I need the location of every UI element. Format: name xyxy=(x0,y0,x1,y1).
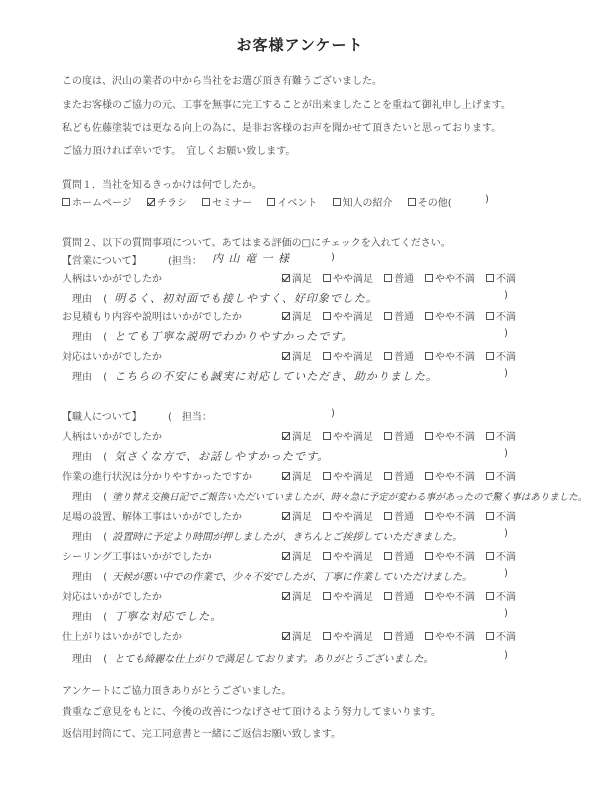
checkbox[interactable] xyxy=(323,592,331,600)
rating-somewhat-dissatisfied[interactable]: やや不満 xyxy=(425,348,475,363)
reason-text[interactable]: 丁寧な対応でした。 xyxy=(114,610,222,623)
checkbox-checked[interactable] xyxy=(282,552,290,560)
rating-label: 普通 xyxy=(394,628,414,643)
rating-satisfied[interactable]: 満足 xyxy=(282,468,312,483)
checkbox-checked[interactable] xyxy=(147,198,155,206)
rating-neutral[interactable]: 普通 xyxy=(384,508,414,523)
checkbox[interactable] xyxy=(425,632,433,640)
rating-somewhat-satisfied[interactable]: やや満足 xyxy=(323,428,373,443)
reason-row: 理由 ( 気さくな方で、お話しやすかったです。 ) xyxy=(72,448,512,464)
checkbox[interactable] xyxy=(486,432,494,440)
rating-neutral[interactable]: 普通 xyxy=(384,348,414,363)
rating-satisfied[interactable]: 満足 xyxy=(282,548,312,563)
reason-close-paren: ) xyxy=(504,650,508,661)
reason-text[interactable]: 天候が悪い中での作業で、少々不安でしたが、丁寧に作業していただけました。 xyxy=(112,572,472,583)
reason-row: 理由 ( 丁寧な対応でした。 ) xyxy=(72,608,512,624)
checkbox[interactable] xyxy=(425,552,433,560)
rating-options: 満足 やや満足 普通 やや不満 不満 xyxy=(282,308,527,323)
rating-label: やや不満 xyxy=(435,428,475,443)
reason-open-paren: ( xyxy=(103,452,107,463)
rating-label: 普通 xyxy=(394,468,414,483)
checkbox[interactable] xyxy=(486,512,494,520)
rating-neutral[interactable]: 普通 xyxy=(384,308,414,323)
option-homepage[interactable]: ホームページ xyxy=(62,194,132,209)
craftsmen-staff-close: ) xyxy=(331,408,335,419)
checkbox[interactable] xyxy=(323,312,331,320)
intro-line: 私ども佐藤塗装では更なる向上の為に、是非お客様のお声を聞かせて頂きたいと思ってお… xyxy=(62,119,501,134)
option-label: チラシ xyxy=(157,194,187,209)
question-text: 人柄はいかがでしたか xyxy=(62,270,162,285)
reason-text[interactable]: 気さくな方で、お話しやすかったです。 xyxy=(114,450,329,463)
reason-row: 理由 ( こちらの不安にも誠実に対応していただき、助かりました。 ) xyxy=(72,368,512,384)
checkbox[interactable] xyxy=(425,312,433,320)
rating-satisfied[interactable]: 満足 xyxy=(282,428,312,443)
checkbox[interactable] xyxy=(384,632,392,640)
rating-label: やや満足 xyxy=(333,428,373,443)
reason-text[interactable]: とても綺麗な仕上がりで満足しております。ありがとうございました。 xyxy=(114,654,433,665)
rating-satisfied[interactable]: 満足 xyxy=(282,308,312,323)
reason-open-paren: ( xyxy=(103,654,107,665)
closing-line: 返信用封筒にて、完工同意書と一緒にご返信お願い致します。 xyxy=(62,725,341,740)
rating-dissatisfied[interactable]: 不満 xyxy=(486,348,516,363)
reason-close-paren: ) xyxy=(504,368,508,379)
checkbox[interactable] xyxy=(384,552,392,560)
rating-dissatisfied[interactable]: 不満 xyxy=(486,308,516,323)
rating-label: 満足 xyxy=(292,588,312,603)
checkbox-checked[interactable] xyxy=(282,472,290,480)
rating-somewhat-satisfied[interactable]: やや満足 xyxy=(323,628,373,643)
reason-row: 理由 ( 塗り替え交換日記でご報告いただいていましたが、時々急に予定が変わる事が… xyxy=(72,488,512,503)
checkbox[interactable] xyxy=(486,312,494,320)
reason-label: 理由 xyxy=(72,612,92,623)
rating-label: 普通 xyxy=(394,428,414,443)
reason-open-paren: ( xyxy=(103,492,107,503)
rating-label: 普通 xyxy=(394,308,414,323)
rating-label: 普通 xyxy=(394,348,414,363)
rating-label: やや不満 xyxy=(435,628,475,643)
question-text: 作業の進行状況は分かりやすかったですか xyxy=(62,468,252,483)
checkbox[interactable] xyxy=(425,352,433,360)
rating-label: 満足 xyxy=(292,270,312,285)
rating-label: 満足 xyxy=(292,308,312,323)
checkbox[interactable] xyxy=(384,592,392,600)
checkbox[interactable] xyxy=(384,274,392,282)
closing-line: 貴重なご意見をもとに、今後の改善につなげさせて頂けるよう努力してまいります。 xyxy=(62,703,441,718)
reason-label: 理由 xyxy=(72,492,92,503)
reason-open-paren: ( xyxy=(103,612,107,623)
rating-satisfied[interactable]: 満足 xyxy=(282,270,312,285)
rating-label: やや不満 xyxy=(435,270,475,285)
rating-label: やや不満 xyxy=(435,548,475,563)
closing-line: アンケートにご協力頂きありがとうございました。 xyxy=(62,682,291,697)
option-label: その他( xyxy=(418,194,452,209)
rating-label: 普通 xyxy=(394,508,414,523)
checkbox[interactable] xyxy=(425,592,433,600)
rating-label: 満足 xyxy=(292,428,312,443)
rating-options: 満足 やや満足 普通 やや不満 不満 xyxy=(282,270,527,285)
reason-row: 理由 ( 天候が悪い中での作業で、少々不安でしたが、丁寧に作業していただけました… xyxy=(72,568,512,583)
checkbox-checked[interactable] xyxy=(282,512,290,520)
checkbox[interactable] xyxy=(323,552,331,560)
page-title: お客様アンケート xyxy=(0,34,600,55)
rating-somewhat-dissatisfied[interactable]: やや不満 xyxy=(425,588,475,603)
rating-somewhat-dissatisfied[interactable]: やや不満 xyxy=(425,508,475,523)
rating-neutral[interactable]: 普通 xyxy=(384,468,414,483)
rating-somewhat-dissatisfied[interactable]: やや不満 xyxy=(425,548,475,563)
rating-dissatisfied[interactable]: 不満 xyxy=(486,628,516,643)
checkbox-checked[interactable] xyxy=(282,312,290,320)
question-text: 対応はいかがでしたか xyxy=(62,348,162,363)
rating-somewhat-satisfied[interactable]: やや満足 xyxy=(323,508,373,523)
rating-somewhat-satisfied[interactable]: やや満足 xyxy=(323,308,373,323)
reason-label: 理由 xyxy=(72,452,92,463)
rating-neutral[interactable]: 普通 xyxy=(384,428,414,443)
rating-label: やや不満 xyxy=(435,308,475,323)
reason-open-paren: ( xyxy=(103,572,107,583)
rating-options: 満足 やや満足 普通 やや不満 不満 xyxy=(282,548,527,563)
rating-neutral[interactable]: 普通 xyxy=(384,548,414,563)
option-event[interactable]: イベント xyxy=(267,194,317,209)
rating-label: 不満 xyxy=(496,428,516,443)
rating-label: 満足 xyxy=(292,348,312,363)
checkbox[interactable] xyxy=(384,352,392,360)
reason-text[interactable]: 明るく、初対面でも接しやすく、好印象でした。 xyxy=(114,292,378,305)
reason-close-paren: ) xyxy=(504,328,508,339)
checkbox[interactable] xyxy=(384,432,392,440)
question1-label: 質問１．当社を知るきっかけは何でしたか。 xyxy=(62,176,262,191)
reason-text[interactable]: とても丁寧な説明でわかりやすかったです。 xyxy=(114,330,353,343)
checkbox[interactable] xyxy=(267,198,275,206)
checkbox-checked[interactable] xyxy=(282,632,290,640)
checkbox-checked[interactable] xyxy=(282,274,290,282)
checkbox[interactable] xyxy=(323,632,331,640)
craftsmen-heading: 【職人について】 xyxy=(62,408,142,423)
question-text: シーリング工事はいかがでしたか xyxy=(62,548,212,563)
rating-label: 満足 xyxy=(292,508,312,523)
reason-close-paren: ) xyxy=(504,448,508,459)
reason-label: 理由 xyxy=(72,654,92,665)
rating-options: 満足 やや満足 普通 やや不満 不満 xyxy=(282,508,527,523)
rating-neutral[interactable]: 普通 xyxy=(384,588,414,603)
checkbox[interactable] xyxy=(323,472,331,480)
rating-options: 満足 やや満足 普通 やや不満 不満 xyxy=(282,348,527,363)
reason-row: 理由 ( 明るく、初対面でも接しやすく、好印象でした。 ) xyxy=(72,290,512,306)
checkbox[interactable] xyxy=(486,472,494,480)
rating-dissatisfied[interactable]: 不満 xyxy=(486,508,516,523)
reason-text[interactable]: 塗り替え交換日記でご報告いただいていましたが、時々急に予定が変わる事があったので… xyxy=(112,492,587,503)
rating-label: やや満足 xyxy=(333,628,373,643)
checkbox[interactable] xyxy=(323,274,331,282)
checkbox[interactable] xyxy=(425,512,433,520)
rating-satisfied[interactable]: 満足 xyxy=(282,348,312,363)
checkbox[interactable] xyxy=(486,552,494,560)
checkbox-checked[interactable] xyxy=(282,592,290,600)
reason-label: 理由 xyxy=(72,294,92,305)
rating-somewhat-satisfied[interactable]: やや満足 xyxy=(323,348,373,363)
rating-dissatisfied[interactable]: 不満 xyxy=(486,428,516,443)
reason-open-paren: ( xyxy=(103,332,107,343)
rating-dissatisfied[interactable]: 不満 xyxy=(486,270,516,285)
option-label: ホームページ xyxy=(72,194,132,209)
reason-label: 理由 xyxy=(72,532,92,543)
other-close-paren: ) xyxy=(485,194,489,205)
rating-label: 満足 xyxy=(292,468,312,483)
reason-close-paren: ) xyxy=(504,568,508,579)
checkbox[interactable] xyxy=(384,472,392,480)
rating-label: 不満 xyxy=(496,508,516,523)
rating-neutral[interactable]: 普通 xyxy=(384,270,414,285)
question-text: 対応はいかがでしたか xyxy=(62,588,162,603)
rating-satisfied[interactable]: 満足 xyxy=(282,588,312,603)
rating-label: 不満 xyxy=(496,588,516,603)
question2-label: 質問２、以下の質問事項について、あてはまる評価の□にチェックを入れてください。 xyxy=(62,234,451,249)
checkbox[interactable] xyxy=(425,432,433,440)
checkbox[interactable] xyxy=(486,352,494,360)
checkbox[interactable] xyxy=(425,274,433,282)
option-label: イベント xyxy=(277,194,317,209)
rating-label: やや満足 xyxy=(333,588,373,603)
rating-options: 満足 やや満足 普通 やや不満 不満 xyxy=(282,468,527,483)
rating-label: 不満 xyxy=(496,348,516,363)
intro-line: またお客様のご協力の元、工事を無事に完工することが出来ましたことを重ねて御礼申し… xyxy=(62,96,511,111)
checkbox[interactable] xyxy=(62,198,70,206)
checkbox[interactable] xyxy=(408,198,416,206)
reason-row: 理由 ( とても綺麗な仕上がりで満足しております。ありがとうございました。 ) xyxy=(72,650,512,665)
rating-label: 不満 xyxy=(496,270,516,285)
question-text: 人柄はいかがでしたか xyxy=(62,428,162,443)
checkbox[interactable] xyxy=(333,198,341,206)
rating-label: 満足 xyxy=(292,548,312,563)
rating-options: 満足 やや満足 普通 やや不満 不満 xyxy=(282,628,527,643)
rating-somewhat-satisfied[interactable]: やや満足 xyxy=(323,588,373,603)
reason-row: 理由 ( 設置時に予定より時間が押しましたが、きちんとご挨拶していただきました。… xyxy=(72,528,512,543)
sales-staff-name[interactable]: 内 山 竜 一 様 xyxy=(212,250,290,266)
rating-label: 不満 xyxy=(496,548,516,563)
reason-open-paren: ( xyxy=(103,532,107,543)
rating-label: 不満 xyxy=(496,468,516,483)
reason-row: 理由 ( とても丁寧な説明でわかりやすかったです。 ) xyxy=(72,328,512,344)
option-label: 知人の紹介 xyxy=(343,194,393,209)
rating-options: 満足 やや満足 普通 やや不満 不満 xyxy=(282,588,527,603)
question-text: 仕上がりはいかがでしたか xyxy=(62,628,182,643)
question-text: 足場の設置、解体工事はいかがでしたか xyxy=(62,508,242,523)
checkbox[interactable] xyxy=(486,274,494,282)
rating-somewhat-satisfied[interactable]: やや満足 xyxy=(323,548,373,563)
rating-label: やや不満 xyxy=(435,468,475,483)
rating-somewhat-dissatisfied[interactable]: やや不満 xyxy=(425,428,475,443)
rating-label: 不満 xyxy=(496,628,516,643)
intro-line: ご協力頂ければ幸いです。 宜しくお願い致します。 xyxy=(62,142,295,157)
reason-label: 理由 xyxy=(72,572,92,583)
rating-label: やや満足 xyxy=(333,270,373,285)
option-flyer[interactable]: チラシ xyxy=(147,194,187,209)
rating-label: やや不満 xyxy=(435,348,475,363)
checkbox-checked[interactable] xyxy=(282,352,290,360)
rating-dissatisfied[interactable]: 不満 xyxy=(486,548,516,563)
checkbox-checked[interactable] xyxy=(282,432,290,440)
rating-somewhat-dissatisfied[interactable]: やや不満 xyxy=(425,308,475,323)
rating-label: やや不満 xyxy=(435,508,475,523)
rating-label: やや満足 xyxy=(333,548,373,563)
rating-somewhat-dissatisfied[interactable]: やや不満 xyxy=(425,270,475,285)
rating-label: 普通 xyxy=(394,270,414,285)
sales-staff-close: ) xyxy=(331,252,335,263)
option-seminar[interactable]: セミナー xyxy=(202,194,252,209)
sales-staff-label: (担当： xyxy=(168,252,202,267)
checkbox[interactable] xyxy=(486,632,494,640)
reason-close-paren: ) xyxy=(504,608,508,619)
checkbox[interactable] xyxy=(323,432,331,440)
checkbox[interactable] xyxy=(384,512,392,520)
rating-label: 満足 xyxy=(292,628,312,643)
reason-label: 理由 xyxy=(72,332,92,343)
rating-label: やや不満 xyxy=(435,588,475,603)
rating-label: やや満足 xyxy=(333,308,373,323)
option-other[interactable]: その他( xyxy=(408,194,452,209)
checkbox[interactable] xyxy=(323,512,331,520)
rating-label: 不満 xyxy=(496,308,516,323)
rating-somewhat-satisfied[interactable]: やや満足 xyxy=(323,468,373,483)
checkbox[interactable] xyxy=(425,472,433,480)
checkbox[interactable] xyxy=(323,352,331,360)
reason-label: 理由 xyxy=(72,372,92,383)
option-referral[interactable]: 知人の紹介 xyxy=(333,194,393,209)
option-label: セミナー xyxy=(212,194,252,209)
checkbox[interactable] xyxy=(384,312,392,320)
reason-close-paren: ) xyxy=(504,528,508,539)
reason-open-paren: ( xyxy=(103,294,107,305)
reason-text[interactable]: 設置時に予定より時間が押しましたが、きちんとご挨拶していただきました。 xyxy=(112,532,462,543)
rating-label: やや満足 xyxy=(333,508,373,523)
intro-line: この度は、沢山の業者の中から当社をお選び頂き有難うございました。 xyxy=(62,72,382,87)
rating-label: 普通 xyxy=(394,548,414,563)
rating-dissatisfied[interactable]: 不満 xyxy=(486,588,516,603)
sales-heading: 【営業について】 xyxy=(62,252,142,267)
rating-satisfied[interactable]: 満足 xyxy=(282,508,312,523)
rating-neutral[interactable]: 普通 xyxy=(384,628,414,643)
rating-satisfied[interactable]: 満足 xyxy=(282,628,312,643)
reason-close-paren: ) xyxy=(504,290,508,301)
rating-somewhat-dissatisfied[interactable]: やや不満 xyxy=(425,468,475,483)
rating-options: 満足 やや満足 普通 やや不満 不満 xyxy=(282,428,527,443)
rating-label: やや満足 xyxy=(333,348,373,363)
reason-text[interactable]: こちらの不安にも誠実に対応していただき、助かりました。 xyxy=(114,370,438,383)
rating-dissatisfied[interactable]: 不満 xyxy=(486,468,516,483)
checkbox[interactable] xyxy=(202,198,210,206)
rating-label: やや満足 xyxy=(333,468,373,483)
reason-open-paren: ( xyxy=(103,372,107,383)
checkbox[interactable] xyxy=(486,592,494,600)
question1-options: ホームページ チラシ セミナー イベント 知人の紹介 その他( xyxy=(62,194,464,209)
rating-somewhat-dissatisfied[interactable]: やや不満 xyxy=(425,628,475,643)
rating-somewhat-satisfied[interactable]: やや満足 xyxy=(323,270,373,285)
question-text: お見積もり内容や説明はいかがでしたか xyxy=(62,308,242,323)
rating-label: 普通 xyxy=(394,588,414,603)
craftsmen-staff-label: ( 担当： xyxy=(168,408,212,423)
